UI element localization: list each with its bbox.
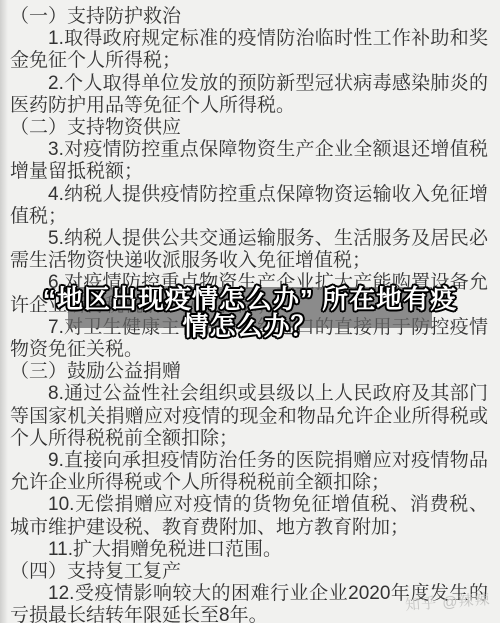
section-heading-3: （三）鼓励公益捐赠 bbox=[10, 361, 488, 383]
policy-item: 5.纳税人提供公共交通运输服务、生活服务及居民必需生活物资快递收派服务收入免征增… bbox=[10, 228, 488, 272]
policy-item: 4.纳税人提供疫情防控重点保障物资运输收入免征增值税； bbox=[10, 184, 488, 228]
caption-line-2: 情怎么办？ bbox=[0, 313, 500, 340]
policy-item: 10.无偿捐赠应对疫情的货物免征增值税、消费税、城市维护建设税、教育费附加、地方… bbox=[10, 494, 488, 538]
policy-item: 3.对疫情防控重点保障物资生产企业全额退还增值税增量留抵税额； bbox=[10, 139, 488, 183]
section-heading-1: （一）支持防护救治 bbox=[10, 6, 488, 28]
section-heading-4: （四）支持复工复产 bbox=[10, 561, 488, 583]
section-heading-2: （二）支持物资供应 bbox=[10, 117, 488, 139]
policy-item: 11.扩大捐赠免税进口范围。 bbox=[10, 539, 488, 561]
policy-item: 1.取得政府规定标准的疫情防治临时性工作补助和奖金免征个人所得税； bbox=[10, 28, 488, 72]
caption-line-1: “地区出现疫情怎么办” 所在地有疫 bbox=[0, 286, 500, 313]
caption-text: “地区出现疫情怎么办” 所在地有疫 情怎么办？ bbox=[0, 286, 500, 340]
document-page: （一）支持防护救治1.取得政府规定标准的疫情防治临时性工作补助和奖金免征个人所得… bbox=[0, 0, 500, 623]
policy-item: 9.直接向承担疫情防治任务的医院捐赠应对疫情物品允许企业所得税或个人所得税税前全… bbox=[10, 450, 488, 494]
policy-item: 8.通过公益性社会组织或县级以上人民政府及其部门等国家机关捐赠应对疫情的现金和物… bbox=[10, 383, 488, 450]
policy-item: 2.个人取得单位发放的预防新型冠状病毒感染肺炎的医药防护用品等免征个人所得税。 bbox=[10, 73, 488, 117]
